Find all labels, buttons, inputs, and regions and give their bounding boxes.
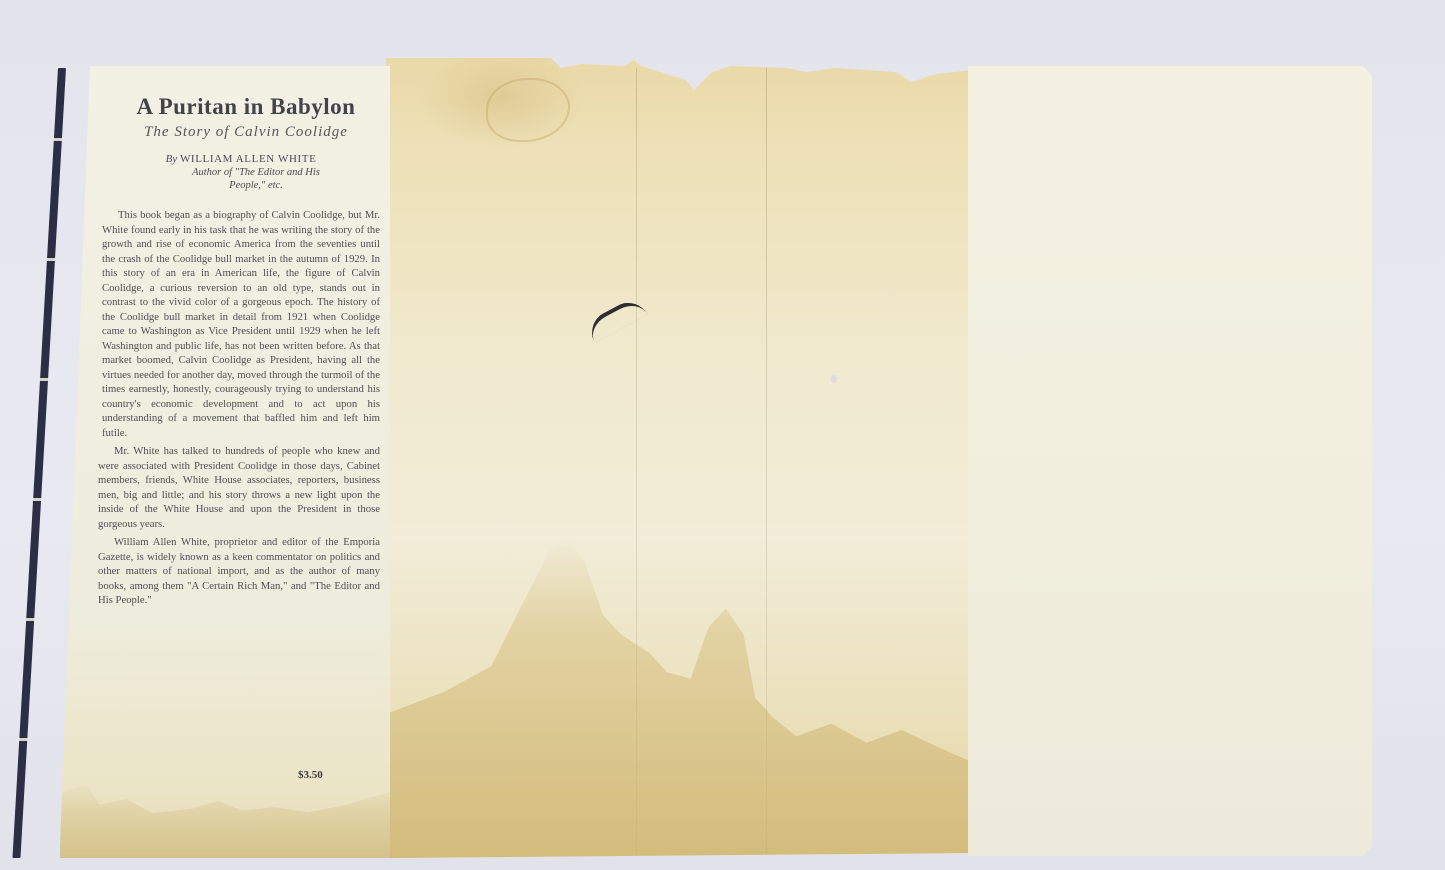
water-stain-lower (386, 538, 972, 858)
photo-scene: A Puritan in Babylon The Story of Calvin… (0, 0, 1445, 870)
book-cover-edge (12, 68, 66, 858)
book-title: A Puritan in Babylon (98, 94, 380, 120)
paragraph-1: This book began as a biography of Calvin… (98, 208, 380, 440)
water-stain-ring (486, 78, 570, 142)
back-flap (968, 66, 1372, 856)
flap-text-block: A Puritan in Babylon The Story of Calvin… (98, 94, 380, 612)
front-flap-stain (60, 776, 390, 858)
dust-jacket: A Puritan in Babylon The Story of Calvin… (60, 58, 1372, 858)
byline: By WILLIAM ALLEN WHITE Author of "The Ed… (98, 153, 380, 192)
byline-prefix: By (166, 153, 178, 165)
paragraph-2: Mr. White has talked to hundreds of peop… (98, 444, 380, 531)
price-label: $3.50 (298, 769, 323, 781)
paragraph-3: William Allen White, proprietor and edit… (98, 535, 380, 608)
tear-damage (584, 295, 647, 343)
author-credit: Author of "The Editor and His People," e… (151, 166, 331, 192)
flap-description: This book began as a biography of Calvin… (98, 208, 380, 608)
front-flap: A Puritan in Babylon The Story of Calvin… (60, 66, 390, 858)
author-name: WILLIAM ALLEN WHITE (180, 153, 316, 165)
small-hole-damage (831, 375, 837, 383)
jacket-inner-panel (386, 58, 972, 858)
book-subtitle: The Story of Calvin Coolidge (98, 124, 380, 141)
